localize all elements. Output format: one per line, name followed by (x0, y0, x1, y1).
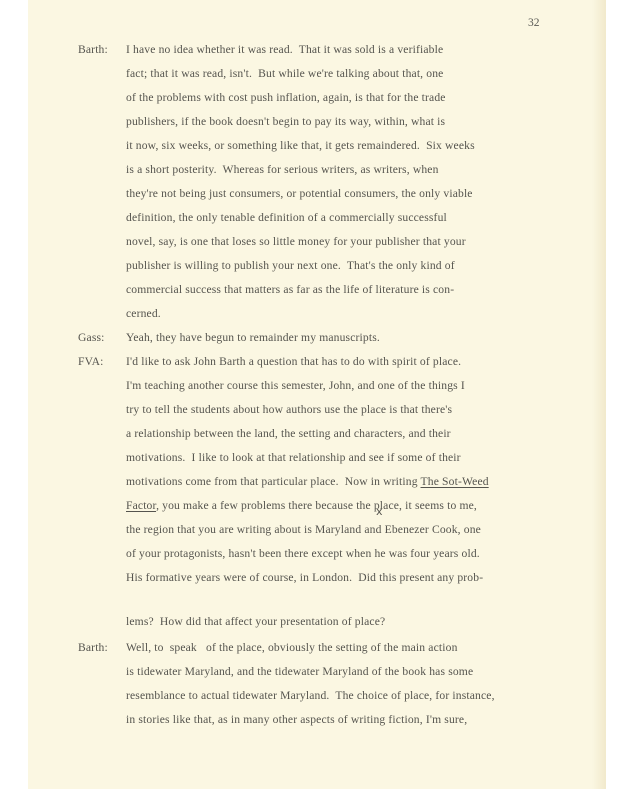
transcript-line: cerned. (126, 307, 161, 320)
line-text: the place, it seems to me, (353, 499, 477, 512)
book-title-underlined: Factor (126, 499, 156, 512)
transcript-line: it now, six weeks, or something like tha… (126, 139, 475, 152)
transcript-line: in stories like that, as in many other a… (126, 713, 467, 726)
transcript-line: definition, the only tenable definition … (126, 211, 447, 224)
handwritten-insertion-mark: x (376, 505, 383, 518)
transcript-line: is tidewater Maryland, and the tidewater… (126, 665, 473, 678)
transcript-line: is a short posterity. Whereas for seriou… (126, 163, 439, 176)
speaker-label: Barth: (78, 641, 108, 654)
transcript-line: I'd like to ask John Barth a question th… (126, 355, 461, 368)
transcript-line: try to tell the students about how autho… (126, 403, 452, 416)
transcript-line: motivations. I like to look at that rela… (126, 451, 461, 464)
page-number: 32 (528, 17, 540, 29)
speaker-label: Barth: (78, 43, 108, 56)
transcript-line: I'm teaching another course this semeste… (126, 379, 465, 392)
transcript-line: His formative years were of course, in L… (126, 571, 483, 584)
transcript-line: resemblance to actual tidewater Maryland… (126, 689, 495, 702)
speaker-label: FVA: (78, 355, 104, 368)
transcript-line: they're not being just consumers, or pot… (126, 187, 473, 200)
transcript-line: Well, to speak of the place, obviously t… (126, 641, 458, 654)
book-title-underlined: The Sot-Weed (421, 475, 489, 488)
transcript-line: Factor, you make a few problems there be… (126, 499, 477, 512)
transcript-line: lems? How did that affect your presentat… (126, 615, 385, 628)
transcript-line: fact; that it was read, isn't. But while… (126, 67, 443, 80)
transcript-line: of the problems with cost push inflation… (126, 91, 446, 104)
transcript-line: motivations come from that particular pl… (126, 475, 489, 488)
transcript-line: novel, say, is one that loses so little … (126, 235, 466, 248)
transcript-line: a relationship between the land, the set… (126, 427, 451, 440)
transcript-line: publisher is willing to publish your nex… (126, 259, 455, 272)
transcript-line: commercial success that matters as far a… (126, 283, 454, 296)
transcript-line: Yeah, they have begun to remainder my ma… (126, 331, 380, 344)
transcript-line: I have no idea whether it was read. That… (126, 43, 443, 56)
transcript-line: of your protagonists, hasn't been there … (126, 547, 480, 560)
line-text: , you make a few problems there because (156, 499, 353, 512)
paper-edge-shadow (592, 0, 606, 789)
speaker-label: Gass: (78, 331, 105, 344)
transcript-line: the region that you are writing about is… (126, 523, 481, 536)
line-text: motivations come from that particular pl… (126, 475, 421, 488)
transcript-line: publishers, if the book doesn't begin to… (126, 115, 445, 128)
